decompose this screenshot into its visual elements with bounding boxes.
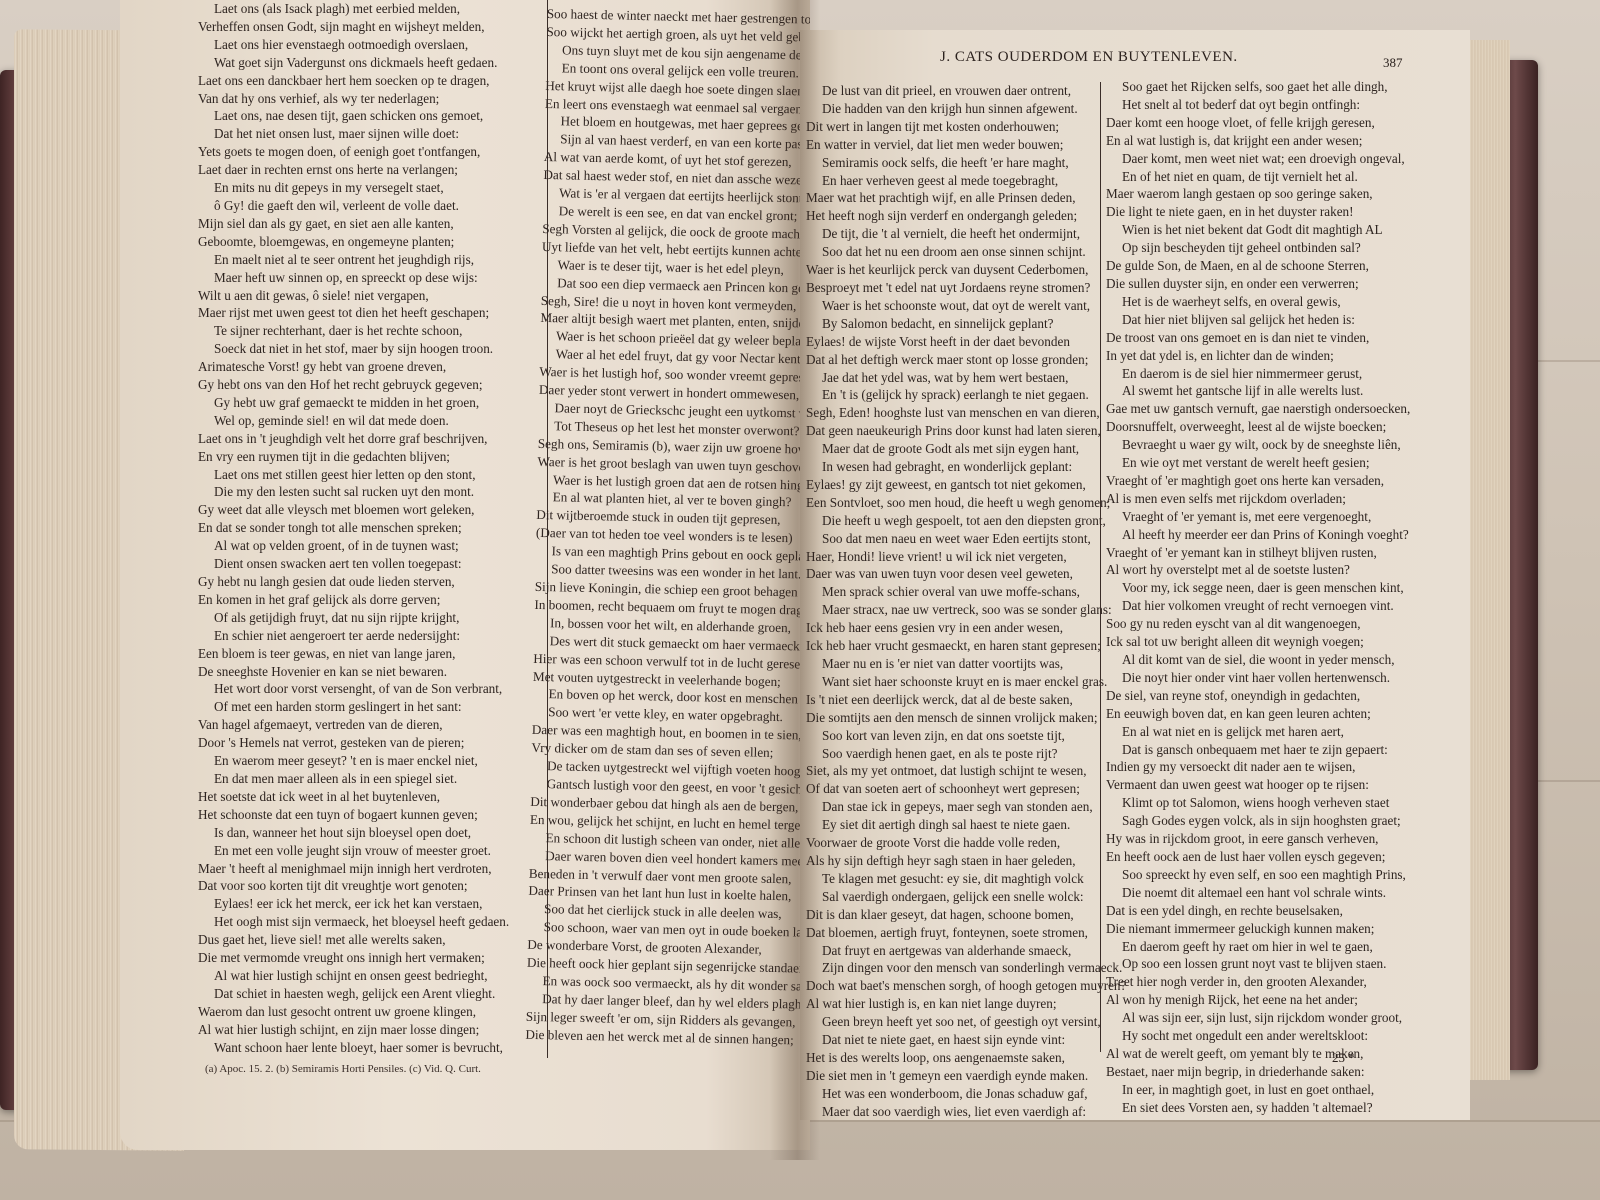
verse-line: Het soetste dat ick weet in al het buyte… [198, 788, 509, 806]
verse-line: En daerom geeft hy raet om hier in wel t… [1106, 938, 1410, 956]
verse-line: By Salomon bedacht, en sinnelijck geplan… [806, 315, 1126, 333]
verse-line: Vraeght of 'er yemant kan in stilheyt bl… [1106, 544, 1410, 562]
right-page: J. CATS OUDERDOM EN BUYTENLEVEN. 387 De … [800, 30, 1470, 1120]
verse-line: Yets goets te mogen doen, of eenigh goet… [198, 143, 509, 161]
verse-line: Gae met uw gantsch vernuft, gae naerstig… [1106, 400, 1410, 418]
verse-line: En 't is (gelijck hy sprack) eerlangh te… [806, 386, 1126, 404]
verse-line: Wien is het niet bekent dat Godt dit mag… [1106, 221, 1410, 239]
verse-line: Daer was van uwen tuyn voor desen veel g… [806, 565, 1126, 583]
verse-line: Dat bloemen, aertigh fruyt, fonteynen, s… [806, 924, 1126, 942]
verse-line: Dat fruyt en aertgewas van alderhande sm… [806, 942, 1126, 960]
verse-line: Dat niet te niete gaet, en haest sijn ey… [806, 1031, 1126, 1049]
verse-line: Maer rijst met uwen geest tot dien het h… [198, 304, 509, 322]
verse-line: Laet daer in rechten ernst ons herte na … [198, 161, 509, 179]
verse-line: Vermaent dan uwen geest wat hooger op te… [1106, 776, 1410, 794]
verse-line: Al wat op velden groent, of in de tuynen… [198, 537, 509, 555]
verse-line: Besproeyt met 't edel nat uyt Jordaens r… [806, 279, 1126, 297]
verse-line: Want schoon haer lente bloeyt, haer some… [198, 1039, 509, 1057]
verse-line: Bevraeght u waer gy wilt, oock by de sne… [1106, 436, 1410, 454]
verse-line: Op soo een lossen grunt noyt vast te bli… [1106, 955, 1410, 973]
verse-line: Voor my, ick segge neen, daer is geen me… [1106, 579, 1410, 597]
verse-line: Geboomte, bloemgewas, en ongemeyne plant… [198, 233, 509, 251]
verse-line: Dat al het deftigh werck maer stont op l… [806, 351, 1126, 369]
verse-line: Laet ons in 't jeughdigh velt het dorre … [198, 430, 509, 448]
verse-line: Maer heft uw sinnen op, en spreeckt op d… [198, 269, 509, 287]
verse-line: Doch wat baet's menschen sorgh, of hoogh… [806, 977, 1126, 995]
verse-line: Al wort hy overstelpt met al de soetste … [1106, 561, 1410, 579]
verse-line: Maer dat de groote Godt als met sijn eyg… [806, 440, 1126, 458]
verse-line: Dus gaet het, lieve siel! met alle werel… [198, 931, 509, 949]
verse-line: Soo spreeckt hy even self, en soo een ma… [1106, 866, 1410, 884]
verse-line: Eylaes! de wijste Vorst heeft in der dae… [806, 333, 1126, 351]
verse-line: Die my den lesten sucht sal rucken uyt d… [198, 483, 509, 501]
verse-line: Ey siet dit aertigh dingh sal haest te n… [806, 816, 1126, 834]
verse-line: Het was een wonderboom, die Jonas schadu… [806, 1085, 1126, 1103]
right-page-column-2: Soo gaet het Rijcken selfs, soo gaet het… [1106, 78, 1410, 1120]
verse-line: Dat schiet in haesten wegh, gelijck een … [198, 985, 509, 1003]
verse-line: Al is men even selfs met rijckdom overla… [1106, 490, 1410, 508]
verse-line: Of als getijdigh fruyt, dat nu sijn rijp… [198, 609, 509, 627]
verse-line: Die siet men in 't gemeyn een vaerdigh e… [806, 1067, 1126, 1085]
verse-line: Wat goet sijn Vadergunst ons dickmaels h… [198, 54, 509, 72]
verse-line: De gulde Son, de Maen, en al de schoone … [1106, 257, 1410, 275]
verse-line: Het schoonste dat een tuyn of bogaert ku… [198, 806, 509, 824]
verse-line: In yet dat ydel is, en lichter dan de wi… [1106, 347, 1410, 365]
verse-line: Dat is gansch onbequaem met haer te zijn… [1106, 741, 1410, 759]
verse-line: Siet, als my yet ontmoet, dat lustigh sc… [806, 762, 1126, 780]
verse-line: Een bloem is teer gewas, en niet van lan… [198, 645, 509, 663]
verse-line: Segh, Eden! hooghste lust van menschen e… [806, 404, 1126, 422]
running-head: J. CATS OUDERDOM EN BUYTENLEVEN. [940, 49, 1238, 66]
verse-line: In eer, in maghtigh goet, in lust en goe… [1106, 1081, 1410, 1099]
verse-line: Die hadden van den krijgh hun sinnen afg… [806, 100, 1126, 118]
verse-line: In wesen had gebraght, en wonderlijck ge… [806, 458, 1126, 476]
verse-line: En schier niet aengeroert ter aerde nede… [198, 627, 509, 645]
verse-line: En maelt niet al te seer ontrent het jeu… [198, 251, 509, 269]
verse-line: Vraeght of 'er maghtigh goet ons herte k… [1106, 472, 1410, 490]
verse-line: Vraeght of 'er yemant is, met eere verge… [1106, 508, 1410, 526]
verse-line: Dan stae ick in gepeys, maer segh van st… [806, 798, 1126, 816]
verse-line: Te sijner rechterhant, daer is het recht… [198, 322, 509, 340]
verse-line: De sneeghste Hovenier en kan se niet bew… [198, 663, 509, 681]
verse-line: Op sijn bescheyden tijt geheel ontbinden… [1106, 239, 1410, 257]
verse-line: Die somtijts aen den mensch de sinnen vr… [806, 709, 1126, 727]
verse-line: Van hagel afgemaeyt, vertreden van de di… [198, 716, 509, 734]
verse-line: Want siet haer schoonste kruyt en is mae… [806, 673, 1126, 691]
verse-line: Men sprack schier overal van uwe moffe-s… [806, 583, 1126, 601]
verse-line: Arimatesche Vorst! gy hebt van groene dr… [198, 358, 509, 376]
verse-line: En komen in het graf gelijck als dorre g… [198, 591, 509, 609]
verse-line: Laet ons met stillen geest hier letten o… [198, 466, 509, 484]
verse-line: Bestaet, naer mijn begrip, in driederhan… [1106, 1063, 1410, 1081]
verse-line: Al dit komt van de siel, die woont in ye… [1106, 651, 1410, 669]
verse-line: Indien gy my versoeckt dit nader aen te … [1106, 758, 1410, 776]
verse-line: Als hy sijn deftigh heyr sagh staen in h… [806, 852, 1126, 870]
verse-line: En al wat lustigh is, dat krijght een an… [1106, 132, 1410, 150]
verse-line: En vry een ruymen tijt in die gedachten … [198, 448, 509, 466]
verse-line: Soo dat het nu een droom aen onse sinnen… [806, 243, 1126, 261]
verse-line: En haer verheven geest al mede toegebrag… [806, 172, 1126, 190]
verse-line: Te klagen met gesucht: ey sie, dit maght… [806, 870, 1126, 888]
verse-line: Dient onsen swacken aert ten vollen toeg… [198, 555, 509, 573]
verse-line: En dat men maer alleen als in een spiege… [198, 770, 509, 788]
verse-line: Laet ons hier evenstaegh ootmoedigh over… [198, 36, 509, 54]
verse-line: Het is de waerheyt selfs, en overal gewi… [1106, 293, 1410, 311]
verse-line: Klimt op tot Salomon, wiens hoogh verhev… [1106, 794, 1410, 812]
verse-line: Gy hebt uw graf gemaeckt te midden in he… [198, 394, 509, 412]
verse-line: En wie oyt met verstant de werelt heeft … [1106, 454, 1410, 472]
page-number: 387 [1383, 55, 1403, 71]
verse-line: Zijn dingen voor den mensch van sonderli… [806, 959, 1126, 977]
verse-line: Maer 't heeft al menighmael mijn innigh … [198, 860, 509, 878]
verse-line: Soo kort van leven zijn, en dat ons soet… [806, 727, 1126, 745]
verse-line: Het heeft nogh sijn verderf en ondergang… [806, 207, 1126, 225]
left-page-column-2: Soo haest de winter naeckt met haer gest… [525, 5, 810, 1050]
verse-line: Gy weet dat alle vleysch met bloemen wor… [198, 501, 509, 519]
verse-line: Al won hy menigh Rijck, het eene na het … [1106, 991, 1410, 1009]
verse-line: Soo dat men naeu en weet waer Eden eerti… [806, 530, 1126, 548]
verse-line: Doorsnuffelt, overweeght, leest al de wi… [1106, 418, 1410, 436]
verse-line: Waer is het schoonste wout, dat oyt de w… [806, 297, 1126, 315]
verse-line: Maer stracx, nae uw vertreck, soo was se… [806, 601, 1126, 619]
verse-line: Soo gaet het Rijcken selfs, soo gaet het… [1106, 78, 1410, 96]
verse-line: Al swemt het gantsche lijf in alle werel… [1106, 382, 1410, 400]
verse-line: Eylaes! eer ick het merck, eer ick het k… [198, 895, 509, 913]
verse-line: En al wat niet en is gelijck met haren a… [1106, 723, 1410, 741]
verse-line: En des al niettemin, niet een en kon 'er… [1106, 1117, 1410, 1120]
verse-line: Dat voor soo korten tijt dit vreughtje w… [198, 877, 509, 895]
verse-line: Al wat hier lustigh is, en kan niet lang… [806, 995, 1126, 1013]
verse-line: Door 's Hemels nat verrot, gesteken van … [198, 734, 509, 752]
verse-line: En eeuwigh boven dat, en kan geen leuren… [1106, 705, 1410, 723]
verse-line: Dat geen naeukeurigh Prins door kunst ha… [806, 422, 1126, 440]
verse-line: Dat is een ydel dingh, en rechte beusels… [1106, 902, 1410, 920]
signature-mark: 25 * [1332, 1050, 1355, 1066]
verse-line: Verheffen onsen Godt, sijn maght en wijs… [198, 18, 509, 36]
verse-line: Gy hebt nu langh gesien dat oude lieden … [198, 573, 509, 591]
column-rule [1100, 82, 1101, 1052]
verse-line: En watter in verviel, dat liet men weder… [806, 136, 1126, 154]
verse-line: Wel op, geminde siel! en wil dat mede do… [198, 412, 509, 430]
verse-line: Dit wert in langen tijt met kosten onder… [806, 118, 1126, 136]
verse-line: Hy socht met ongedult een ander wereltsk… [1106, 1027, 1410, 1045]
verse-line: ô Gy! die gaeft den wil, verleent de vol… [198, 197, 509, 215]
verse-line: Semiramis oock selfs, die heeft 'er hare… [806, 154, 1126, 172]
verse-line: Jae dat het ydel was, wat by hem wert be… [806, 369, 1126, 387]
verse-line: Die met vermomde vreught ons innigh hert… [198, 949, 509, 967]
verse-line: Of met een harden storm geslingert in he… [198, 698, 509, 716]
verse-line: Maer dat soo vaerdigh wies, liet even va… [806, 1103, 1126, 1120]
verse-line: Dit is dan klaer geseyt, dat hagen, scho… [806, 906, 1126, 924]
verse-line: Daer komt een hooge vloet, of felle krij… [1106, 114, 1410, 132]
verse-line: Haer, Hondi! lieve vrient! u wil ick nie… [806, 548, 1126, 566]
verse-line: De siel, van reyne stof, oneyndigh in ge… [1106, 687, 1410, 705]
verse-line: Sagh Godes eygen volck, als in sijn hoog… [1106, 812, 1410, 830]
verse-line: Maer nu en is 'er niet van datter voorti… [806, 655, 1126, 673]
verse-line: Dat hier niet blijven sal gelijck het he… [1106, 311, 1410, 329]
verse-line: Die niemant immermeer geluckigh kunnen m… [1106, 920, 1410, 938]
verse-line: Sal vaerdigh ondergaen, gelijck een snel… [806, 888, 1126, 906]
left-page-column-1: Laet ons (als Isack plagh) met eerbied m… [198, 0, 509, 1056]
verse-line: En mits nu dit gepeys in my versegelt st… [198, 179, 509, 197]
verse-line: Dat hier volkomen vreught of recht verno… [1106, 597, 1410, 615]
verse-line: De lust van dit prieel, en vrouwen daer … [806, 82, 1126, 100]
verse-line: En waerom meer geseyt? 't en is maer enc… [198, 752, 509, 770]
verse-line: Laet ons (als Isack plagh) met eerbied m… [198, 0, 509, 18]
verse-line: De troost van ons gemoet en is dan niet … [1106, 329, 1410, 347]
verse-line: Ick sal tot uw beright alleen dit weynig… [1106, 633, 1410, 651]
verse-line: Al was sijn eer, sijn lust, sijn rijckdo… [1106, 1009, 1410, 1027]
verse-line: Daer komt, men weet niet wat; een droevi… [1106, 150, 1410, 168]
verse-line: Al heeft hy meerder eer dan Prins of Kon… [1106, 526, 1410, 544]
verse-line: En siet dees Vorsten aen, sy hadden 't a… [1106, 1099, 1410, 1117]
verse-line: Gy hebt ons van den Hof het recht gebruy… [198, 376, 509, 394]
verse-line: Waer is het keurlijck perck van duysent … [806, 261, 1126, 279]
verse-line: Die sullen duyster sijn, en onder een ve… [1106, 275, 1410, 293]
verse-line: Van dat hy ons verhief, als wy ter neder… [198, 90, 509, 108]
verse-line: Het wort door vorst versenght, of van de… [198, 680, 509, 698]
verse-line: Soo gy nu reden eyscht van al dit wangen… [1106, 615, 1410, 633]
verse-line: Ick heb haer eens gesien vry in een ande… [806, 619, 1126, 637]
verse-line: Die heeft u wegh gespoelt, tot aen den d… [806, 512, 1126, 530]
verse-line: Wilt u aen dit gewas, ô siele! niet verg… [198, 287, 509, 305]
verse-line: Al wat hier lustigh schijnt, en zijn mae… [198, 1021, 509, 1039]
verse-line: Waerom dan lust gesocht ontrent uw groen… [198, 1003, 509, 1021]
verse-line: En daerom is de siel hier nimmermeer ger… [1106, 365, 1410, 383]
verse-line: En of het niet en quam, de tijt vernielt… [1106, 168, 1410, 186]
right-page-column-1: De lust van dit prieel, en vrouwen daer … [806, 82, 1126, 1120]
verse-line: Die noemt dit altemael een hant vol schr… [1106, 884, 1410, 902]
verse-line: Het snelt al tot bederf dat oyt begin on… [1106, 96, 1410, 114]
verse-line: Voorwaer de groote Vorst die hadde volle… [806, 834, 1126, 852]
verse-line: En dat se sonder tongh tot alle menschen… [198, 519, 509, 537]
verse-line: Treet hier nogh verder in, den grooten A… [1106, 973, 1410, 991]
verse-line: Soo vaerdigh henen gaet, en als te poste… [806, 745, 1126, 763]
verse-line: Eylaes! gy zijt geweest, en gantsch tot … [806, 476, 1126, 494]
verse-line: Het oogh mist sijn vermaeck, het bloeyse… [198, 913, 509, 931]
verse-line: Soeck dat niet in het stof, maer by sijn… [198, 340, 509, 358]
verse-line: Laet ons een danckbaer hert hem soecken … [198, 72, 509, 90]
verse-line: Die noyt hier onder vint haer vollen her… [1106, 669, 1410, 687]
footnotes: (a) Apoc. 15. 2. (b) Semiramis Horti Pen… [205, 1063, 481, 1075]
verse-line: De tijt, die 't al vernielt, die heeft h… [806, 225, 1126, 243]
verse-line: Al wat hier lustigh schijnt en onsen gee… [198, 967, 509, 985]
verse-line: Laet ons, nae desen tijt, gaen schicken … [198, 107, 509, 125]
verse-line: Mijn siel dan als gy gaet, en siet aen a… [198, 215, 509, 233]
verse-line: Geen breyn heeft yet soo net, of geestig… [806, 1013, 1126, 1031]
verse-line: En heeft oock aen de lust haer vollen ey… [1106, 848, 1410, 866]
verse-line: Die light te niete gaen, en in het duyst… [1106, 203, 1410, 221]
verse-line: Hy was in rijckdom groot, in eere gansch… [1106, 830, 1410, 848]
verse-line: Het is des werelts loop, ons aengenaemst… [806, 1049, 1126, 1067]
verse-line: Is dan, wanneer het hout sijn bloeysel o… [198, 824, 509, 842]
verse-line: Maer waerom langh gestaen op soo geringe… [1106, 185, 1410, 203]
verse-line: Dat het niet onsen lust, maer sijnen wil… [198, 125, 509, 143]
verse-line: Of dat van soeten aert of schoonheyt wer… [806, 780, 1126, 798]
verse-line: Ick heb haer vrucht gesmaeckt, en haren … [806, 637, 1126, 655]
verse-line: Een Sontvloet, soo men houd, die heeft u… [806, 494, 1126, 512]
verse-line: En met een volle jeught sijn vrouw of me… [198, 842, 509, 860]
verse-line: Al wat de werelt geeft, om yemant bly te… [1106, 1045, 1410, 1063]
left-page: Laet ons (als Isack plagh) met eerbied m… [120, 0, 810, 1150]
verse-line: Maer wat het prachtigh wijf, en alle Pri… [806, 189, 1126, 207]
verse-line: Is 't niet een deerlijck werck, dat al d… [806, 691, 1126, 709]
